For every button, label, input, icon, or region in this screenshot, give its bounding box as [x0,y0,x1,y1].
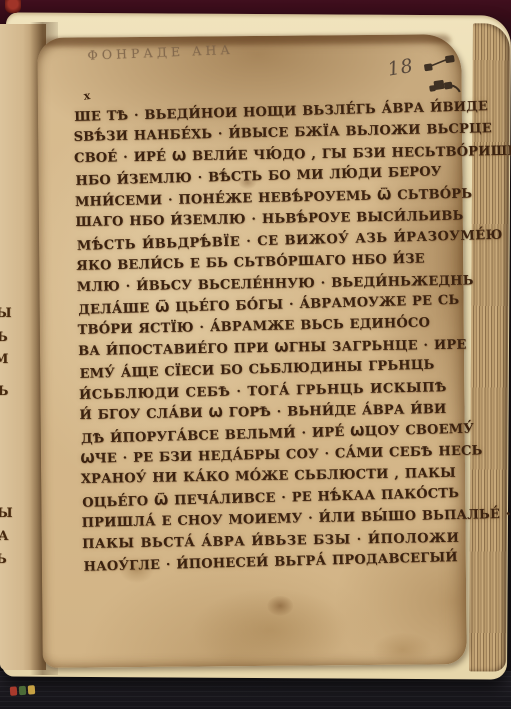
manuscript-text-block: ШЕ ТѢ · ВЬЕДИ́НОИ НОЩИ ВЬЗЛЕ́ГЬ А́ВРА И́… [73,98,467,578]
stain-blotch [372,632,432,667]
gutter-text-fragment: А [0,529,9,544]
gutter-text-fragment: Ь [0,552,7,567]
gutter-text-fragment: М [0,352,8,367]
folio-number: 18 [386,55,415,81]
stain-spot [267,596,293,616]
endband-threads [10,685,36,696]
faded-pen-trial: ФОНРАДЕ АНА [87,42,234,63]
manuscript-photo: Ы Ь М Ъ Ы А Ь ФОНРАДЕ АНА 18 [0,0,511,709]
gutter-text-fragment: Ь [0,330,8,345]
correction-mark: х [83,89,91,103]
gutter-text-fragment: Ы [0,306,12,321]
headband-red [5,0,21,13]
manuscript-leaf: ФОНРАДЕ АНА 18 х ШЕ ТѢ · ВЬЕДИ́НОИ НОЩИ … [37,34,466,668]
gutter-text-fragment: Ъ [0,384,8,399]
gutter-text-fragment: Ы [0,506,13,521]
